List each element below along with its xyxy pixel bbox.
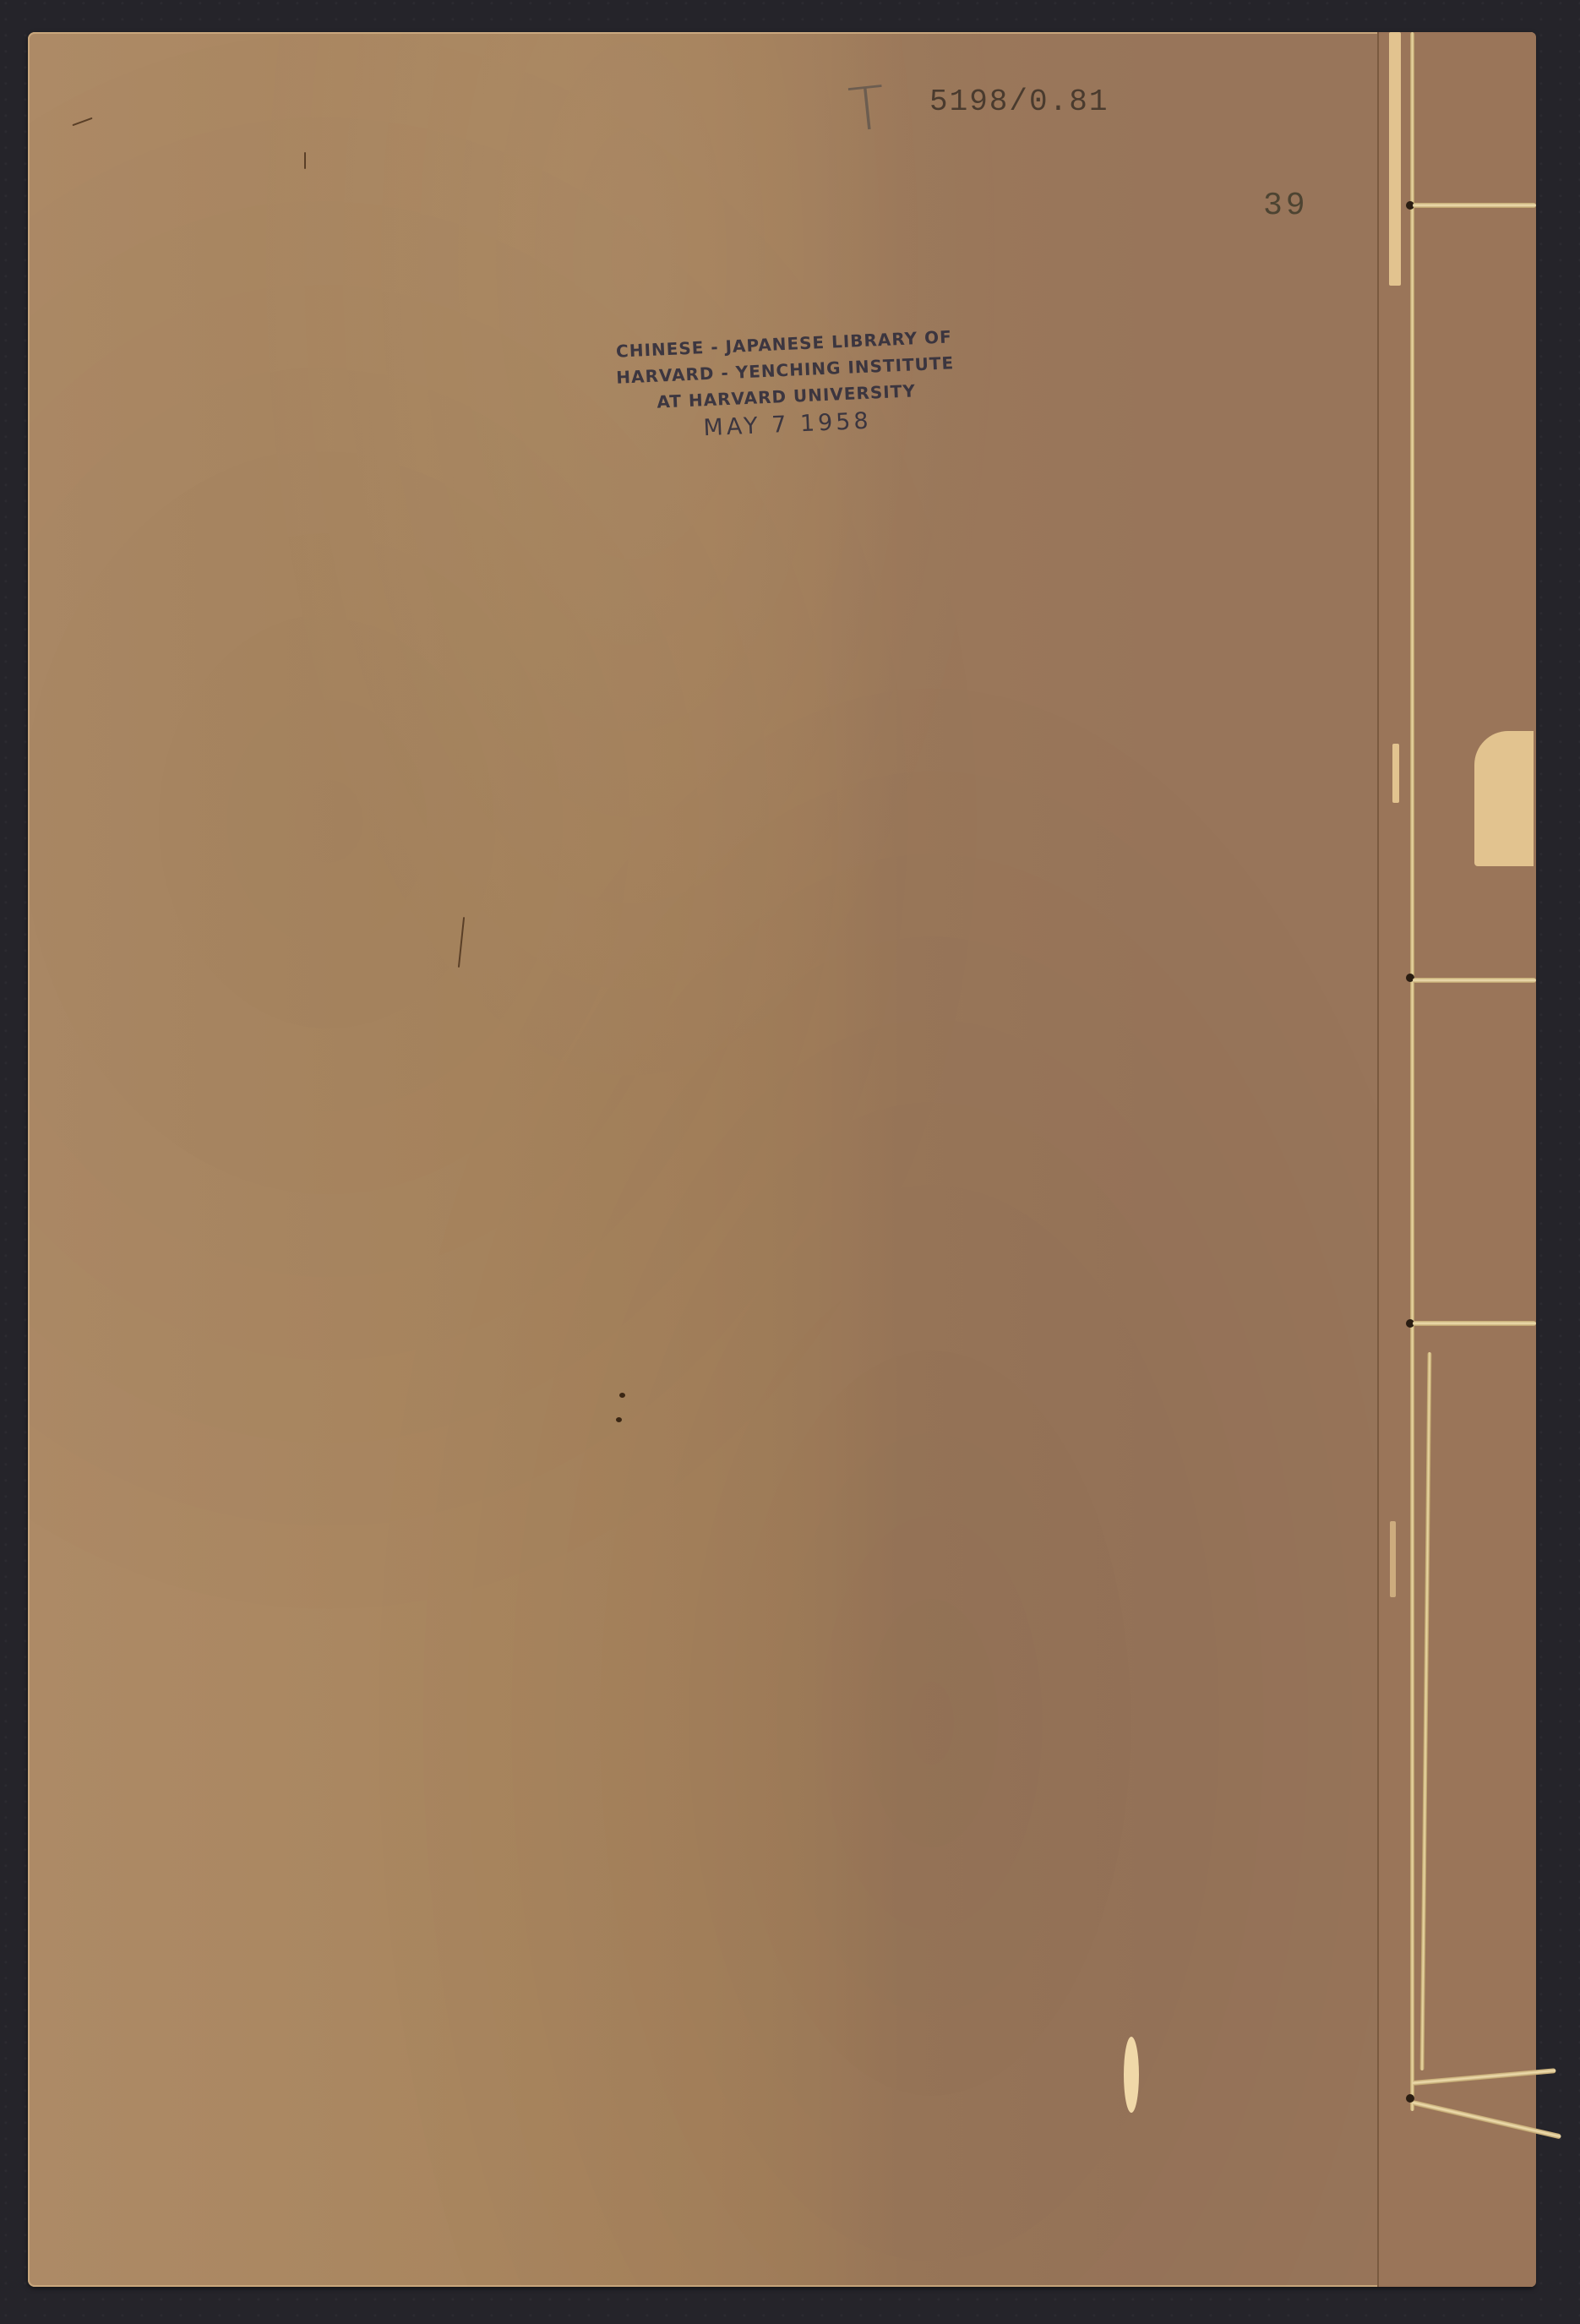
abrasion-spot — [1124, 2037, 1139, 2113]
pencil-mark: T — [846, 73, 889, 145]
spine-tear-large — [1474, 731, 1534, 866]
page-number: 39 — [1263, 188, 1309, 224]
binding-thread-1 — [1413, 203, 1536, 208]
library-stamp: CHINESE - JAPANESE LIBRARY OF HARVARD - … — [606, 324, 965, 445]
call-number: 5198/0.81 — [929, 85, 1109, 119]
binding-thread-2 — [1413, 978, 1536, 983]
speck — [616, 1417, 622, 1422]
binding-thread-3 — [1413, 1321, 1536, 1326]
speck — [619, 1393, 625, 1398]
spine-flap — [1377, 32, 1536, 2287]
fiber-mark — [304, 152, 306, 169]
spine-tear-small — [1392, 744, 1399, 803]
binding-thread-vertical — [1410, 32, 1414, 2111]
spine-tear-lower — [1390, 1521, 1396, 1597]
spine-tear-top — [1389, 32, 1401, 286]
